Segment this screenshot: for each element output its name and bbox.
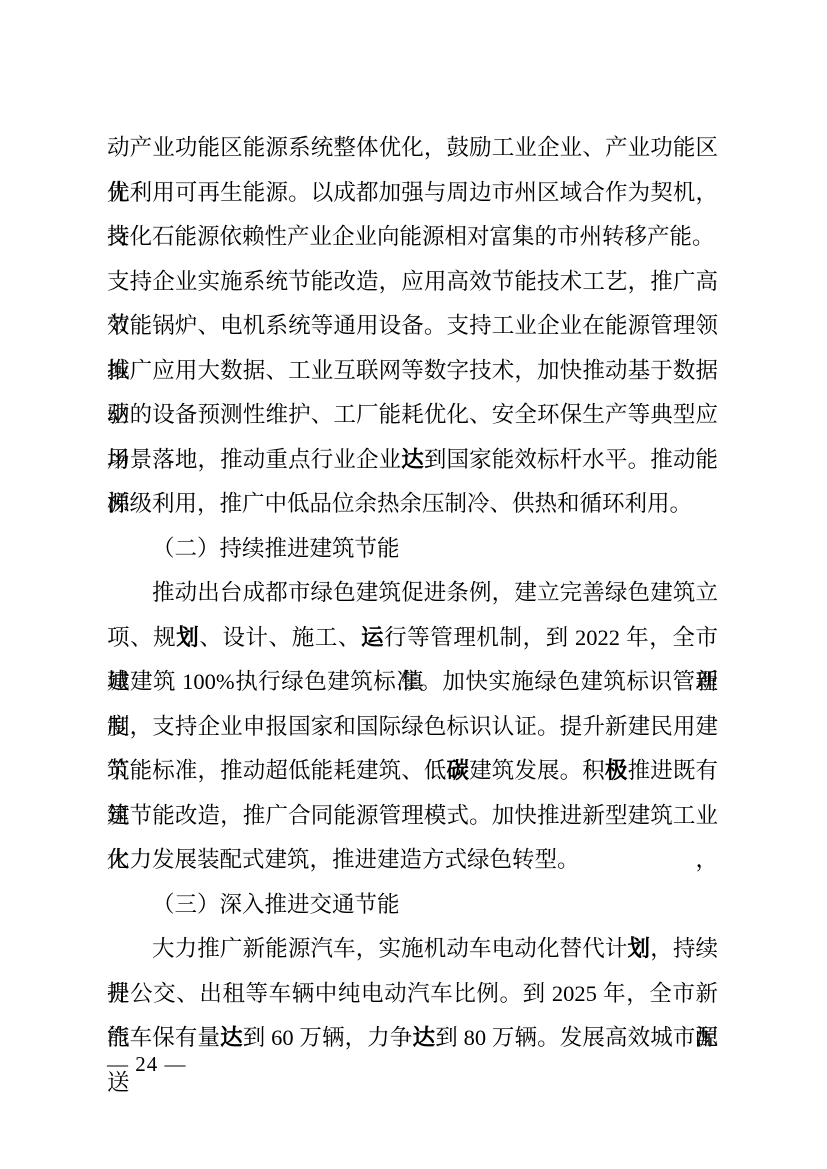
bold-text-segment: 划 — [176, 625, 199, 650]
text-line: 升公交、出租等车辆中纯电动汽车比例。到 2025 年，全市新能源 — [107, 972, 718, 1017]
bold-text-segment: 运 — [361, 625, 384, 650]
document-body: 动产业功能区能源系统整体优化，鼓励工业企业、产业功能区优先利用可再生能源。以成都… — [107, 126, 718, 1061]
text-segment: （二）持续推进建筑节能 — [152, 536, 400, 561]
text-line: 动的设备预测性维护、工厂能耗优化、安全环保生产等典型应用 — [107, 393, 718, 438]
text-line: 度，支持企业申报国家和国际绿色标识认证。提升新建民用建筑 — [107, 705, 718, 750]
text-line: 场景落地，推动重点行业企业达到国家能效标杆水平。推动能源 — [107, 438, 718, 483]
text-segment: 建筑发展。积 — [469, 758, 605, 783]
section-heading: （二）持续推进建筑节能 — [107, 527, 718, 572]
page-number: — 24 — — [107, 1051, 187, 1077]
text-line: 先利用可再生能源。以成都加强与周边市州区域合作为契机，支 — [107, 171, 718, 216]
text-line: 推动出台成都市绿色建筑促进条例，建立完善绿色建筑立 — [107, 571, 718, 616]
bold-text-segment: 划 — [628, 936, 651, 961]
text-segment: 大力推广新能源汽车，实施机动车电动化替代计 — [152, 936, 628, 961]
text-line: 筑节能改造，推广合同能源管理模式。加快推进新型建筑工业化， — [107, 794, 718, 839]
text-segment: 项、规 — [107, 625, 176, 650]
text-line: 建建筑 100%执行绿色建筑标准。加快实施绿色建筑标识管理制 — [107, 660, 718, 705]
text-segment: 场景落地，推动重点行业企业 — [107, 447, 401, 472]
section-heading: （三）深入推进交通节能 — [107, 883, 718, 928]
text-line: 推广应用大数据、工业互联网等数字技术，加快推动基于数据驱 — [107, 349, 718, 394]
text-segment: 梯级利用，推广中低品位余热余压制冷、供热和循环利用。 — [107, 491, 692, 516]
text-line: 大力推广新能源汽车，实施机动车电动化替代计划，持续提 — [107, 927, 718, 972]
text-segment: 汽车保有量 — [107, 1025, 220, 1050]
bold-text-segment: 达 — [220, 1025, 243, 1050]
text-line: 项、规划、设计、施工、运行等管理机制，到 2022 年，全市城镇新 — [107, 616, 718, 661]
text-line: 动产业功能区能源系统整体优化，鼓励工业企业、产业功能区优 — [107, 126, 718, 171]
text-segment: 节能标准，推动超低能耗建筑、低 — [107, 758, 446, 783]
text-line: 节能锅炉、电机系统等通用设备。支持工业企业在能源管理领域 — [107, 304, 718, 349]
text-line: 持化石能源依赖性产业企业向能源相对富集的市州转移产能。 — [107, 215, 718, 260]
text-line: 汽车保有量达到 60 万辆，力争达到 80 万辆。发展高效城市配送 — [107, 1016, 718, 1061]
text-line: 节能标准，推动超低能耗建筑、低碳建筑发展。积极推进既有建 — [107, 749, 718, 794]
bold-text-segment: 达 — [401, 447, 424, 472]
text-segment: 、设计、施工、 — [199, 625, 361, 650]
bold-text-segment: 碳 — [446, 758, 469, 783]
bold-text-segment: 极 — [605, 758, 628, 783]
bold-text-segment: 达 — [413, 1025, 436, 1050]
text-segment: 持化石能源依赖性产业企业向能源相对富集的市州转移产能。 — [107, 224, 715, 249]
text-segment: 到 60 万辆，力争 — [243, 1025, 413, 1050]
text-segment: 大力发展装配式建筑，推进建造方式绿色转型。 — [107, 847, 580, 872]
document-page: 动产业功能区能源系统整体优化，鼓励工业企业、产业功能区优先利用可再生能源。以成都… — [0, 0, 827, 1169]
text-line: 支持企业实施系统节能改造，应用高效节能技术工艺，推广高效 — [107, 260, 718, 305]
text-line: 梯级利用，推广中低品位余热余压制冷、供热和循环利用。 — [107, 482, 718, 527]
text-segment: （三）深入推进交通节能 — [152, 892, 400, 917]
text-segment: 推动出台成都市绿色建筑促进条例，建立完善绿色建筑立 — [152, 580, 718, 605]
